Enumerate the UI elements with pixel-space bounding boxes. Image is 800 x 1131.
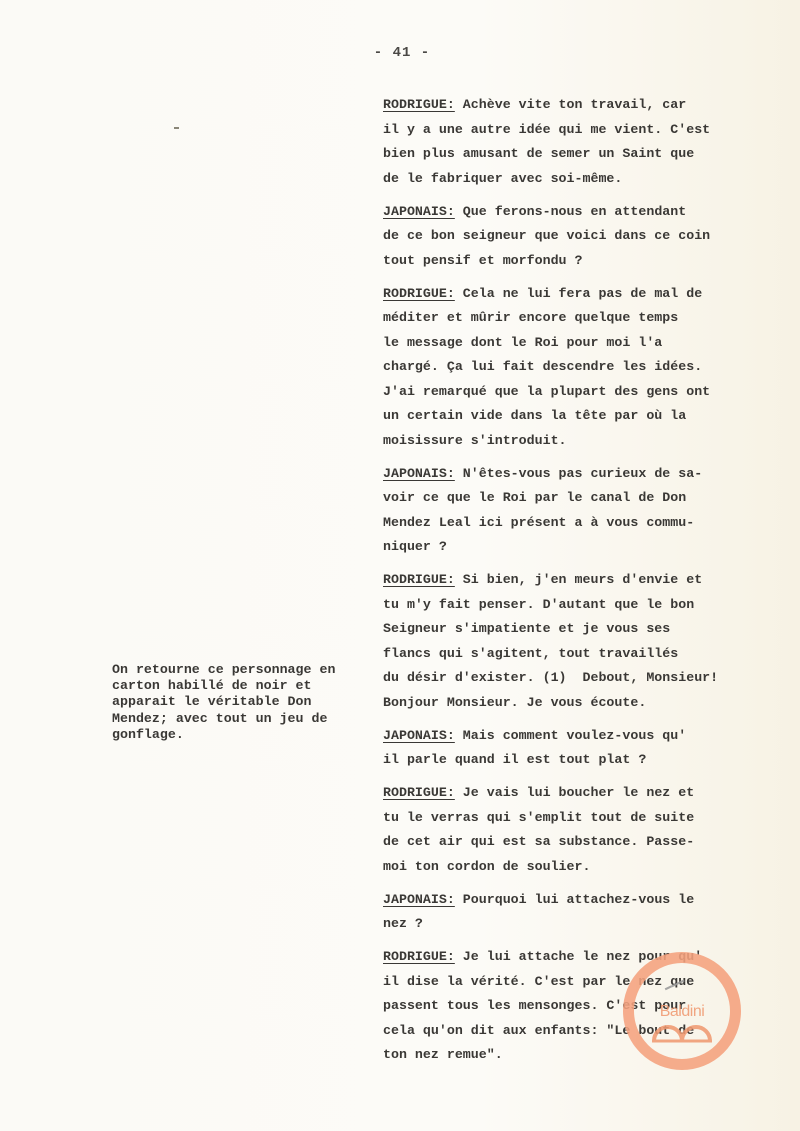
speech-text: voir ce que le Roi par le canal de Don bbox=[383, 490, 686, 505]
speech-text: Je vais lui boucher le nez et bbox=[455, 785, 694, 800]
speech-line: JAPONAIS: Pourquoi lui attachez-vous le bbox=[383, 888, 773, 913]
note-line: gonflage. bbox=[112, 727, 372, 743]
speech-block: JAPONAIS: Que ferons-nous en attendantde… bbox=[383, 200, 773, 274]
speech-line: chargé. Ça lui fait descendre les idées. bbox=[383, 355, 773, 380]
speech-text: de ce bon seigneur que voici dans ce coi… bbox=[383, 228, 710, 243]
dialogue-column: RODRIGUE: Achève vite ton travail, caril… bbox=[383, 93, 773, 1076]
speaker-name: RODRIGUE: bbox=[383, 286, 455, 301]
speech-line: J'ai remarqué que la plupart des gens on… bbox=[383, 380, 773, 405]
speech-line: Seigneur s'impatiente et je vous ses bbox=[383, 617, 773, 642]
speech-block: RODRIGUE: Cela ne lui fera pas de mal de… bbox=[383, 282, 773, 454]
note-line: apparait le véritable Don bbox=[112, 694, 372, 710]
speech-line: il parle quand il est tout plat ? bbox=[383, 748, 773, 773]
speech-text: le message dont le Roi pour moi l'a bbox=[383, 335, 662, 350]
speaker-name: JAPONAIS: bbox=[383, 204, 455, 219]
speech-text: Si bien, j'en meurs d'envie et bbox=[455, 572, 702, 587]
speech-line: tu m'y fait penser. D'autant que le bon bbox=[383, 593, 773, 618]
ink-speck bbox=[174, 127, 179, 129]
speech-text: N'êtes-vous pas curieux de sa- bbox=[455, 466, 702, 481]
speech-text: Pourquoi lui attachez-vous le bbox=[455, 892, 694, 907]
speech-block: RODRIGUE: Si bien, j'en meurs d'envie et… bbox=[383, 568, 773, 715]
speech-line: tout pensif et morfondu ? bbox=[383, 249, 773, 274]
stage-direction-note: On retourne ce personnage encarton habil… bbox=[112, 662, 372, 743]
speech-line: Bonjour Monsieur. Je vous écoute. bbox=[383, 691, 773, 716]
speech-text: nez ? bbox=[383, 916, 423, 931]
speech-text: niquer ? bbox=[383, 539, 447, 554]
speech-text: il y a une autre idée qui me vient. C'es… bbox=[383, 122, 710, 137]
speech-text: un certain vide dans la tête par où la bbox=[383, 408, 686, 423]
stamp-small-text: ▬▬▬ bbox=[664, 977, 686, 992]
speaker-name: JAPONAIS: bbox=[383, 728, 455, 743]
speech-text: flancs qui s'agitent, tout travaillés bbox=[383, 646, 678, 661]
speech-text: Mais comment voulez-vous qu' bbox=[455, 728, 686, 743]
speech-text: Bonjour Monsieur. Je vous écoute. bbox=[383, 695, 646, 710]
speaker-name: JAPONAIS: bbox=[383, 892, 455, 907]
speech-text: tu m'y fait penser. D'autant que le bon bbox=[383, 597, 694, 612]
speech-line: tu le verras qui s'emplit tout de suite bbox=[383, 806, 773, 831]
stamp-arcs-icon bbox=[652, 1021, 712, 1043]
speech-line: JAPONAIS: Que ferons-nous en attendant bbox=[383, 200, 773, 225]
speech-text: de le fabriquer avec soi-même. bbox=[383, 171, 622, 186]
speech-text: bien plus amusant de semer un Saint que bbox=[383, 146, 694, 161]
speaker-name: JAPONAIS: bbox=[383, 466, 455, 481]
note-line: On retourne ce personnage en bbox=[112, 662, 372, 678]
speech-text: Achève vite ton travail, car bbox=[455, 97, 686, 112]
speech-line: RODRIGUE: Je vais lui boucher le nez et bbox=[383, 781, 773, 806]
speech-line: méditer et mûrir encore quelque temps bbox=[383, 306, 773, 331]
speech-text: chargé. Ça lui fait descendre les idées. bbox=[383, 359, 702, 374]
speech-line: moisissure s'introduit. bbox=[383, 429, 773, 454]
stamp-label: Baldini bbox=[634, 1003, 730, 1021]
speech-text: Que ferons-nous en attendant bbox=[455, 204, 686, 219]
speech-line: flancs qui s'agitent, tout travaillés bbox=[383, 642, 773, 667]
speech-text: Seigneur s'impatiente et je vous ses bbox=[383, 621, 670, 636]
speech-text: du désir d'exister. (1) Debout, Monsieur… bbox=[383, 670, 718, 685]
speech-text: il parle quand il est tout plat ? bbox=[383, 752, 646, 767]
speech-block: JAPONAIS: Mais comment voulez-vous qu'il… bbox=[383, 724, 773, 773]
speech-line: Mendez Leal ici présent a à vous commu- bbox=[383, 511, 773, 536]
speech-line: JAPONAIS: Mais comment voulez-vous qu' bbox=[383, 724, 773, 749]
speech-line: de le fabriquer avec soi-même. bbox=[383, 167, 773, 192]
speech-block: JAPONAIS: Pourquoi lui attachez-vous len… bbox=[383, 888, 773, 937]
speaker-name: RODRIGUE: bbox=[383, 572, 455, 587]
speech-line: RODRIGUE: Achève vite ton travail, car bbox=[383, 93, 773, 118]
speech-text: de cet air qui est sa substance. Passe- bbox=[383, 834, 694, 849]
note-line: Mendez; avec tout un jeu de bbox=[112, 711, 372, 727]
speech-text: Cela ne lui fera pas de mal de bbox=[455, 286, 702, 301]
speech-text: tout pensif et morfondu ? bbox=[383, 253, 583, 268]
speech-text: moisissure s'introduit. bbox=[383, 433, 567, 448]
speech-line: moi ton cordon de soulier. bbox=[383, 855, 773, 880]
speech-text: ton nez remue". bbox=[383, 1047, 503, 1062]
speech-line: un certain vide dans la tête par où la bbox=[383, 404, 773, 429]
speech-line: il y a une autre idée qui me vient. C'es… bbox=[383, 118, 773, 143]
speech-line: niquer ? bbox=[383, 535, 773, 560]
speaker-name: RODRIGUE: bbox=[383, 785, 455, 800]
note-line: carton habillé de noir et bbox=[112, 678, 372, 694]
speech-text: J'ai remarqué que la plupart des gens on… bbox=[383, 384, 710, 399]
speech-block: JAPONAIS: N'êtes-vous pas curieux de sa-… bbox=[383, 462, 773, 560]
speech-text: moi ton cordon de soulier. bbox=[383, 859, 590, 874]
speech-line: le message dont le Roi pour moi l'a bbox=[383, 331, 773, 356]
speech-line: de cet air qui est sa substance. Passe- bbox=[383, 830, 773, 855]
speech-line: nez ? bbox=[383, 912, 773, 937]
speech-line: RODRIGUE: Cela ne lui fera pas de mal de bbox=[383, 282, 773, 307]
speech-text: tu le verras qui s'emplit tout de suite bbox=[383, 810, 694, 825]
speech-block: RODRIGUE: Achève vite ton travail, caril… bbox=[383, 93, 773, 191]
speech-line: RODRIGUE: Si bien, j'en meurs d'envie et bbox=[383, 568, 773, 593]
page-number: - 41 - bbox=[0, 45, 800, 61]
archive-stamp: ▬▬▬ Baldini bbox=[623, 952, 741, 1070]
speech-block: RODRIGUE: Je vais lui boucher le nez ett… bbox=[383, 781, 773, 879]
speech-text: Mendez Leal ici présent a à vous commu- bbox=[383, 515, 694, 530]
speech-text: méditer et mûrir encore quelque temps bbox=[383, 310, 678, 325]
speech-line: du désir d'exister. (1) Debout, Monsieur… bbox=[383, 666, 773, 691]
speech-line: de ce bon seigneur que voici dans ce coi… bbox=[383, 224, 773, 249]
speech-line: voir ce que le Roi par le canal de Don bbox=[383, 486, 773, 511]
speaker-name: RODRIGUE: bbox=[383, 97, 455, 112]
speaker-name: RODRIGUE: bbox=[383, 949, 455, 964]
speech-line: JAPONAIS: N'êtes-vous pas curieux de sa- bbox=[383, 462, 773, 487]
speech-line: bien plus amusant de semer un Saint que bbox=[383, 142, 773, 167]
